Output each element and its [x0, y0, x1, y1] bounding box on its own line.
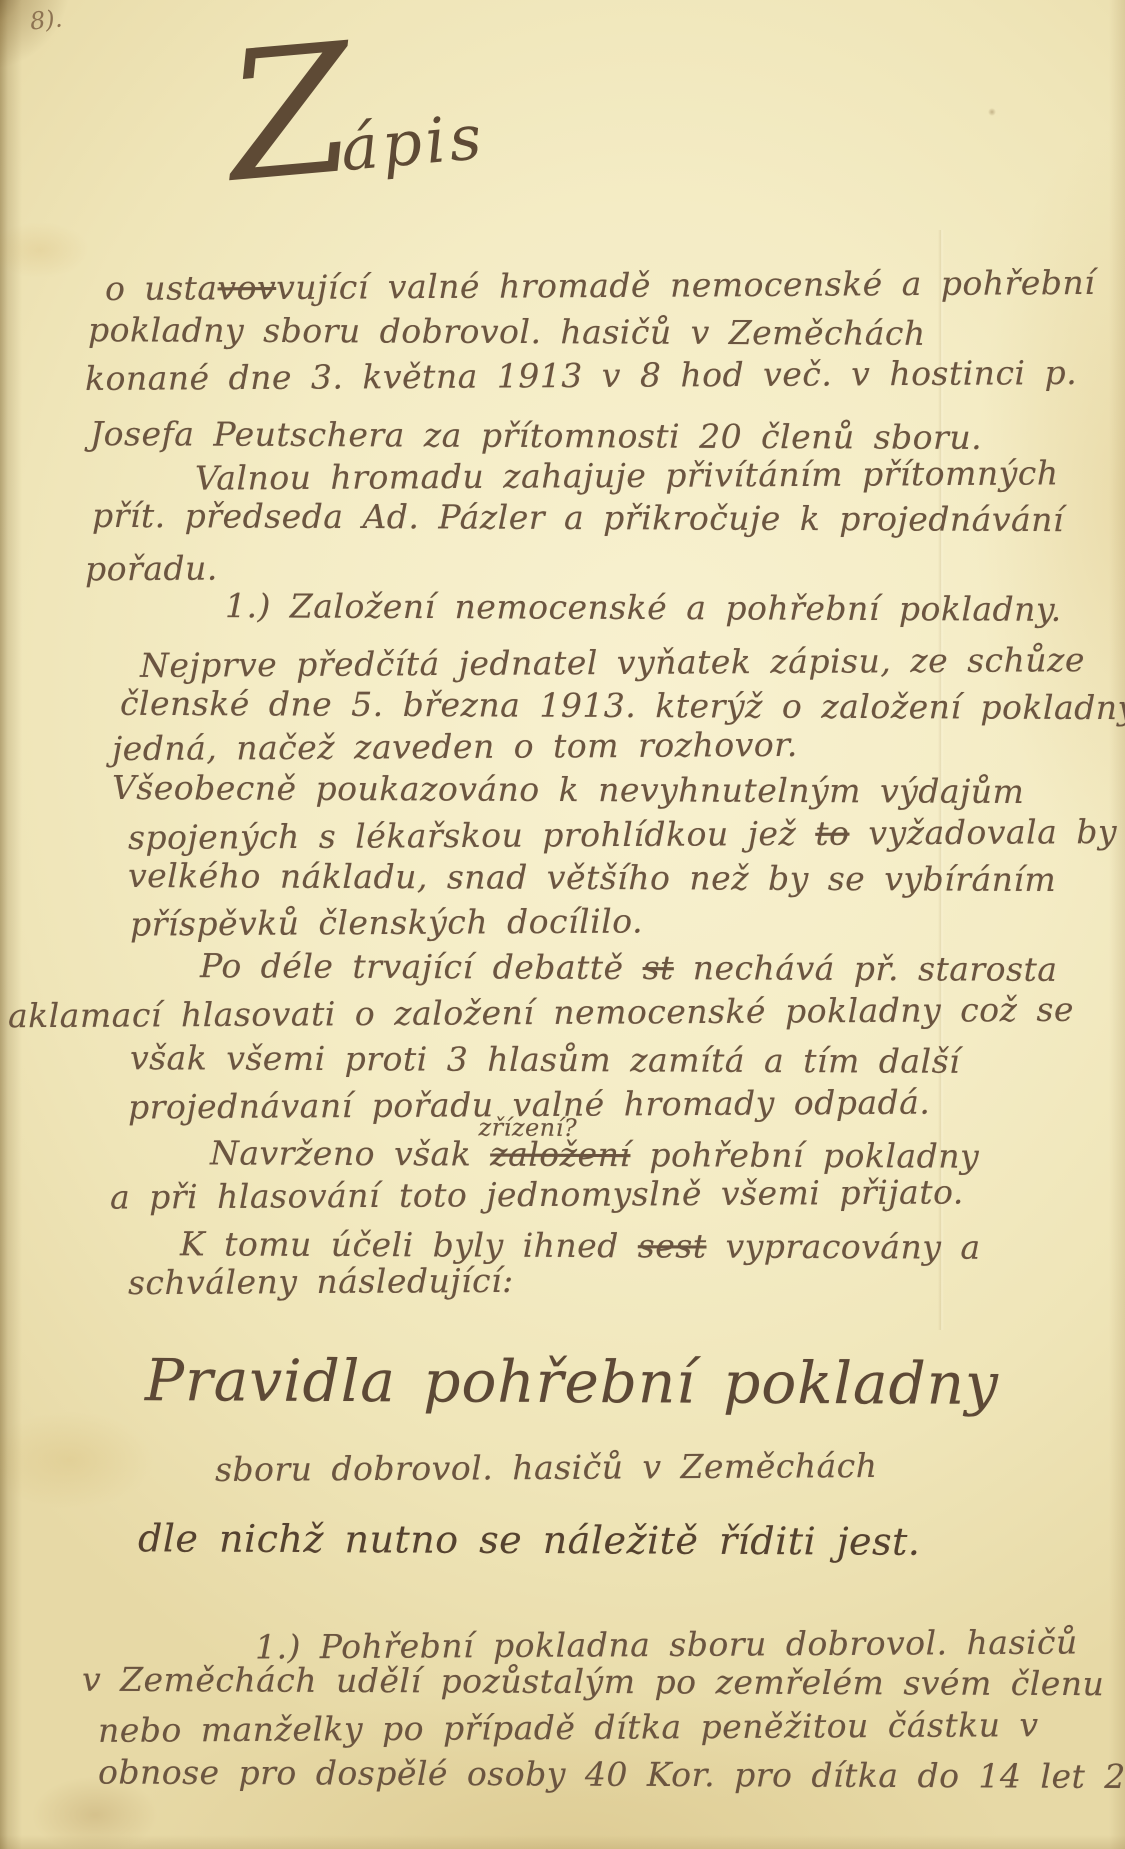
manuscript-line: spojených s lékařskou prohlídkou jež to …: [128, 812, 1117, 857]
manuscript-line: Po déle trvající debattě st nechává př. …: [200, 946, 1058, 989]
struck-text: vov: [217, 268, 276, 307]
struck-text: to: [815, 814, 849, 853]
handwritten-text: pohřební pokladny: [630, 1135, 979, 1176]
manuscript-line: dle nichž nutno se náležitě říditi jest.: [138, 1516, 921, 1563]
handwritten-text: 1.) Pohřební pokladna sboru dobrovol. ha…: [255, 1622, 1078, 1666]
manuscript-line: pořadu.: [85, 549, 218, 589]
handwritten-text: v Zeměchách udělí pozůstalým po zemřelém…: [82, 1660, 1105, 1703]
handwritten-text: Navrženo však: [210, 1133, 490, 1173]
handwritten-text: Pravidla pohřební pokladny: [145, 1346, 999, 1418]
manuscript-line: Nejprve předčítá jednatel vyňatek zápisu…: [140, 640, 1085, 685]
handwritten-text: 1.) Založení nemocenské a pohřební pokla…: [225, 586, 1062, 629]
manuscript-line: 1.) Pohřební pokladna sboru dobrovol. ha…: [255, 1622, 1078, 1666]
handwritten-text: obnose pro dospělé osoby 40 Kor. pro dít…: [98, 1752, 1125, 1796]
manuscript-line: konané dne 3. května 1913 v 8 hod več. v…: [85, 353, 1077, 398]
handwritten-text: jedná, načež zaveden o tom rozhovor.: [112, 725, 798, 768]
handwritten-text: velkého nákladu, snad většího než by se …: [128, 856, 1056, 899]
manuscript-paper: 8). Zápis o ustavovvující valné hromadě …: [0, 0, 1125, 1849]
manuscript-line: a při hlasování toto jednomyslně všemi p…: [110, 1172, 964, 1216]
manuscript-line: aklamací hlasovati o založení nemocenské…: [8, 990, 1074, 1036]
manuscript-line: Všeobecně poukazováno k nevyhnutelným vý…: [112, 768, 1025, 811]
handwritten-text: dle nichž nutno se náležitě říditi jest.: [138, 1516, 921, 1563]
manuscript-line: schváleny následující:: [128, 1261, 514, 1302]
handwritten-text: o usta: [105, 268, 218, 308]
manuscript-line: velkého nákladu, snad většího než by se …: [128, 856, 1056, 899]
struck-text: sest: [638, 1226, 707, 1265]
handwritten-text: K tomu účeli byly ihned: [180, 1224, 638, 1265]
manuscript-line: obnose pro dospělé osoby 40 Kor. pro dít…: [98, 1752, 1125, 1796]
manuscript-line: 1.) Založení nemocenské a pohřební pokla…: [225, 586, 1062, 629]
manuscript-line: jedná, načež zaveden o tom rozhovor.: [112, 725, 798, 768]
handwritten-text: Valnou hromadu zahajuje přivítáním příto…: [195, 453, 1059, 497]
manuscript-line: Navrženo však založenízřízení? pohřební …: [210, 1133, 979, 1175]
handwritten-text: vyžadovala by: [849, 812, 1117, 853]
struck-text: st: [643, 948, 674, 987]
handwritten-text: spojených s lékařskou prohlídkou jež: [128, 814, 816, 857]
handwritten-text: příspěvků členských docílilo.: [130, 901, 643, 943]
handwritten-text: vypracovány a: [706, 1227, 980, 1267]
handwritten-text: členské dne 5. března 1913. kterýž o zal…: [120, 684, 1125, 727]
manuscript-line: Valnou hromadu zahajuje přivítáním příto…: [195, 453, 1059, 497]
handwritten-text: a při hlasování toto jednomyslně všemi p…: [110, 1172, 964, 1216]
manuscript-line: nebo manželky po případě dítka peněžitou…: [98, 1705, 1039, 1750]
handwritten-text: vující valné hromadě nemocenské a pohřeb…: [276, 263, 1095, 307]
manuscript-line: Josefa Peutschera za přítomnosti 20 člen…: [90, 414, 982, 457]
manuscript-line: K tomu účeli byly ihned sest vypracovány…: [180, 1224, 981, 1266]
handwritten-text: Po déle trvající debattě: [200, 946, 643, 987]
handwritten-text: však všemi proti 3 hlasům zamítá a tím d…: [130, 1038, 960, 1081]
manuscript-line: sboru dobrovol. hasičů v Zeměchách: [215, 1446, 878, 1489]
handwritten-text: konané dne 3. května 1913 v 8 hod več. v…: [85, 353, 1077, 398]
handwritten-text: Nejprve předčítá jednatel vyňatek zápisu…: [140, 640, 1085, 685]
manuscript-line: příspěvků členských docílilo.: [130, 901, 643, 943]
manuscript-line: členské dne 5. března 1913. kterýž o zal…: [120, 684, 1125, 727]
manuscript-lines: o ustavovvující valné hromadě nemocenské…: [0, 0, 1125, 1849]
manuscript-line: však všemi proti 3 hlasům zamítá a tím d…: [130, 1038, 960, 1081]
manuscript-line: v Zeměchách udělí pozůstalým po zemřelém…: [82, 1660, 1105, 1703]
handwritten-text: aklamací hlasovati o založení nemocenské…: [8, 990, 1074, 1036]
handwritten-text: sboru dobrovol. hasičů v Zeměchách: [215, 1446, 878, 1489]
handwritten-text: schváleny následující:: [128, 1261, 514, 1302]
handwritten-text: přít. předseda Ad. Pázler a přikročuje k…: [92, 496, 1064, 539]
manuscript-line: Pravidla pohřební pokladny: [145, 1346, 999, 1418]
handwritten-text: nechává př. starosta: [674, 948, 1058, 989]
manuscript-line: pokladny sboru dobrovol. hasičů v Zeměch…: [88, 310, 926, 353]
manuscript-line: přít. předseda Ad. Pázler a přikročuje k…: [92, 496, 1064, 539]
handwritten-text: Josefa Peutschera za přítomnosti 20 člen…: [90, 414, 982, 457]
handwritten-text: nebo manželky po případě dítka peněžitou…: [98, 1705, 1039, 1750]
handwritten-text: pořadu.: [85, 549, 218, 589]
handwritten-text: pokladny sboru dobrovol. hasičů v Zeměch…: [88, 310, 926, 353]
handwritten-text: Všeobecně poukazováno k nevyhnutelným vý…: [112, 768, 1025, 811]
manuscript-line: o ustavovvující valné hromadě nemocenské…: [105, 263, 1096, 308]
